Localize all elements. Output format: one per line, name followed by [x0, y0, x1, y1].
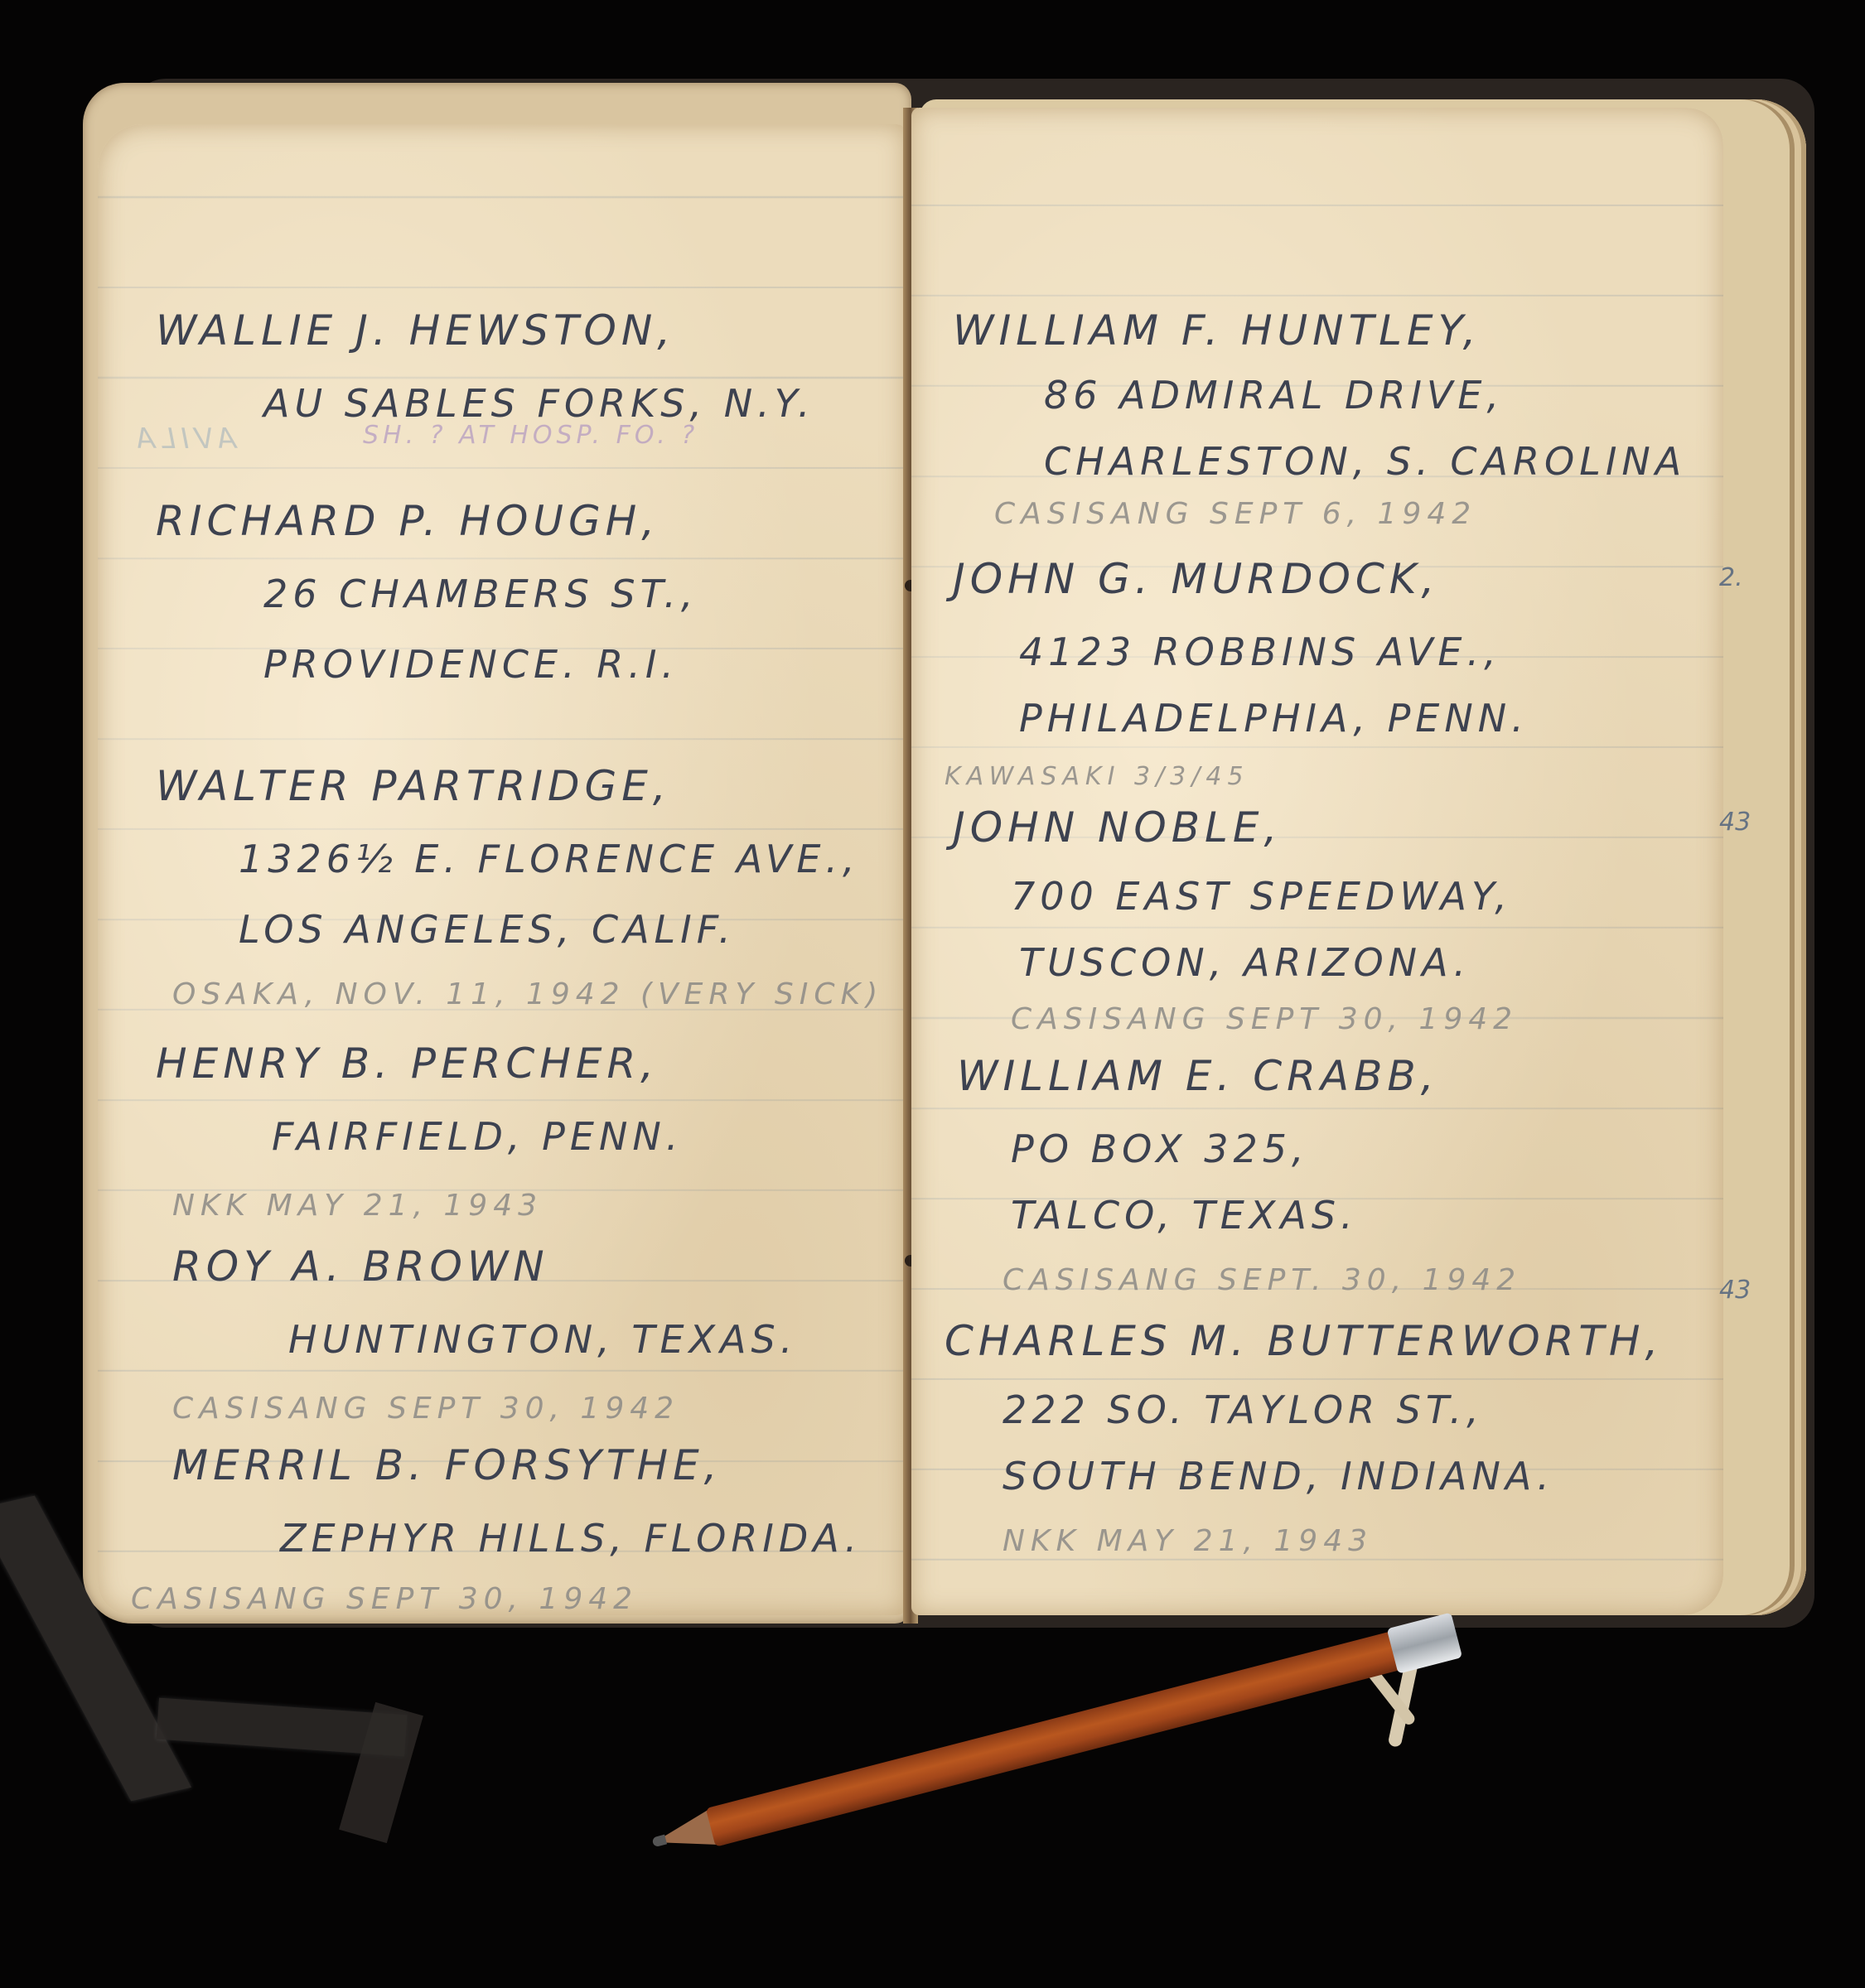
bleed-through-text: AVILA	[131, 422, 236, 456]
entry-note: Kawasaki 3/3/45	[945, 762, 1249, 791]
entry-address: Los Angeles, Calif.	[239, 907, 736, 952]
entry-note: Osaka, Nov. 11, 1942 (Very Sick)	[172, 977, 883, 1011]
entry-address: 1326½ E. Florence Ave.,	[239, 837, 860, 881]
entry-name: John G. Murdock,	[953, 555, 1439, 603]
entry-name: John Noble,	[953, 803, 1282, 852]
entry-note: NKK May 21, 1943	[172, 1189, 543, 1223]
entry-address: Philadelphia, Penn.	[1019, 696, 1529, 741]
entry-address: South Bend, Indiana.	[1003, 1454, 1554, 1498]
entry-address: Huntington, Texas.	[288, 1317, 797, 1362]
entry-address: Fairfield, Penn.	[272, 1114, 683, 1159]
entry-address: Talco, Texas.	[1011, 1193, 1358, 1238]
entry-name: Richard P. Hough,	[156, 497, 660, 545]
entry-note: Casisang Sept 30, 1942	[172, 1392, 679, 1426]
entry-name: Wallie J. Hewston,	[156, 306, 675, 355]
entry-address: Providence. R.I.	[263, 642, 679, 687]
left-page: AVILA SH. ? AT HOSP. FO. ? Wallie J. Hew…	[98, 124, 906, 1615]
entry-note: NKK May 21, 1943	[1003, 1524, 1373, 1558]
entry-note: Casisang Sept 30, 1942	[131, 1582, 638, 1615]
edge-mark: 43	[1719, 808, 1751, 837]
entry-address: Charleston, S. Carolina	[1044, 439, 1686, 484]
entry-note: Casisang Sept. 30, 1942	[1003, 1263, 1521, 1297]
entry-name: William E. Crabb,	[957, 1052, 1439, 1100]
entry-name: Walter Partridge,	[156, 762, 671, 810]
entry-name: William F. Huntley,	[953, 306, 1481, 355]
right-page: William F. Huntley, 86 Admiral Drive, Ch…	[911, 108, 1723, 1615]
entry-name: Roy A. Brown	[172, 1242, 549, 1291]
entry-note: Casisang Sept 6, 1942	[994, 497, 1476, 531]
edge-mark: 43	[1719, 1276, 1751, 1305]
edge-mark: 2.	[1719, 563, 1743, 592]
entry-address: 700 East Speedway,	[1011, 874, 1512, 919]
entry-address: Au Sables Forks, N.Y.	[263, 381, 815, 426]
entry-name: Henry B. Percher,	[156, 1040, 659, 1088]
entry-address: 26 Chambers St.,	[263, 572, 698, 616]
entry-address: Zephyr Hills, Florida.	[280, 1516, 862, 1561]
entry-name: Merril B. Forsythe,	[172, 1441, 722, 1489]
entry-address: 86 Admiral Drive,	[1044, 373, 1504, 417]
entry-address: 4123 Robbins Ave.,	[1019, 630, 1501, 674]
entry-address: Tuscon, Arizona.	[1019, 940, 1471, 985]
pencil-icon	[650, 1615, 1462, 1861]
entry-address: 222 So. Taylor St.,	[1003, 1387, 1484, 1432]
entry-name: Charles M. Butterworth,	[945, 1317, 1663, 1365]
entry-note: Casisang Sept 30, 1942	[1011, 1002, 1518, 1036]
entry-address: PO Box 325,	[1011, 1127, 1309, 1171]
